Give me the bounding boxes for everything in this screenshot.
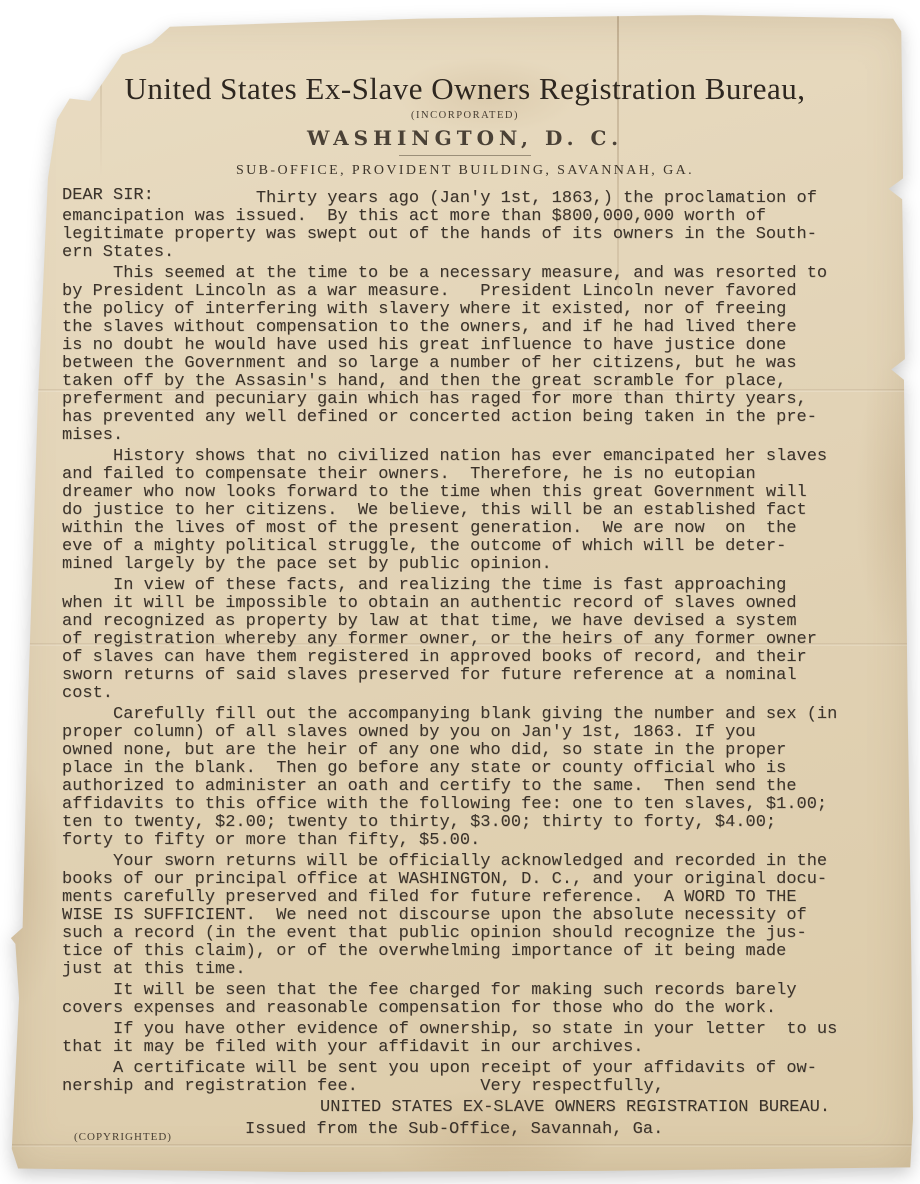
paragraph-8: If you have other evidence of ownership,… [62,1021,868,1057]
issued-from-label: Issued from the Sub-Office, Savannah, Ga… [245,1121,663,1139]
letterhead: United States Ex-Slave Owners Registrati… [62,71,868,179]
paragraph-5: Carefully fill out the accompanying blan… [62,706,868,850]
paragraph-9: A certificate will be sent you upon rece… [62,1060,868,1096]
signature-line: UNITED STATES EX-SLAVE OWNERS REGISTRATI… [320,1099,868,1117]
paragraph-1: Thirty years ago (Jan'y 1st, 1863,) the … [62,190,868,262]
city-label: WASHINGTON, D. C. [62,126,868,150]
copyright-label: (COPYRIGHTED) [74,1128,172,1146]
salutation: DEAR SIR: [62,187,154,205]
paragraph-3: History shows that no civilized nation h… [62,448,868,574]
letter-content: United States Ex-Slave Owners Registrati… [62,14,868,1163]
paragraph-6: Your sworn returns will be officially ac… [62,853,868,979]
scanned-letter: United States Ex-Slave Owners Registrati… [10,14,913,1172]
bureau-title: United States Ex-Slave Owners Registrati… [62,71,868,107]
paper-sheet: United States Ex-Slave Owners Registrati… [10,14,913,1172]
paragraph-4: In view of these facts, and realizing th… [62,577,868,703]
footer-row: (COPYRIGHTED) Issued from the Sub-Office… [62,1117,868,1163]
paragraph-2: This seemed at the time to be a necessar… [62,265,868,445]
divider-rule [399,155,531,156]
sub-office-label: SUB-OFFICE, PROVIDENT BUILDING, SAVANNAH… [62,163,868,179]
letter-body: DEAR SIR: Thirty years ago (Jan'y 1st, 1… [62,190,868,1163]
incorporated-label: (INCORPORATED) [62,110,868,121]
paragraph-7: It will be seen that the fee charged for… [62,982,868,1018]
